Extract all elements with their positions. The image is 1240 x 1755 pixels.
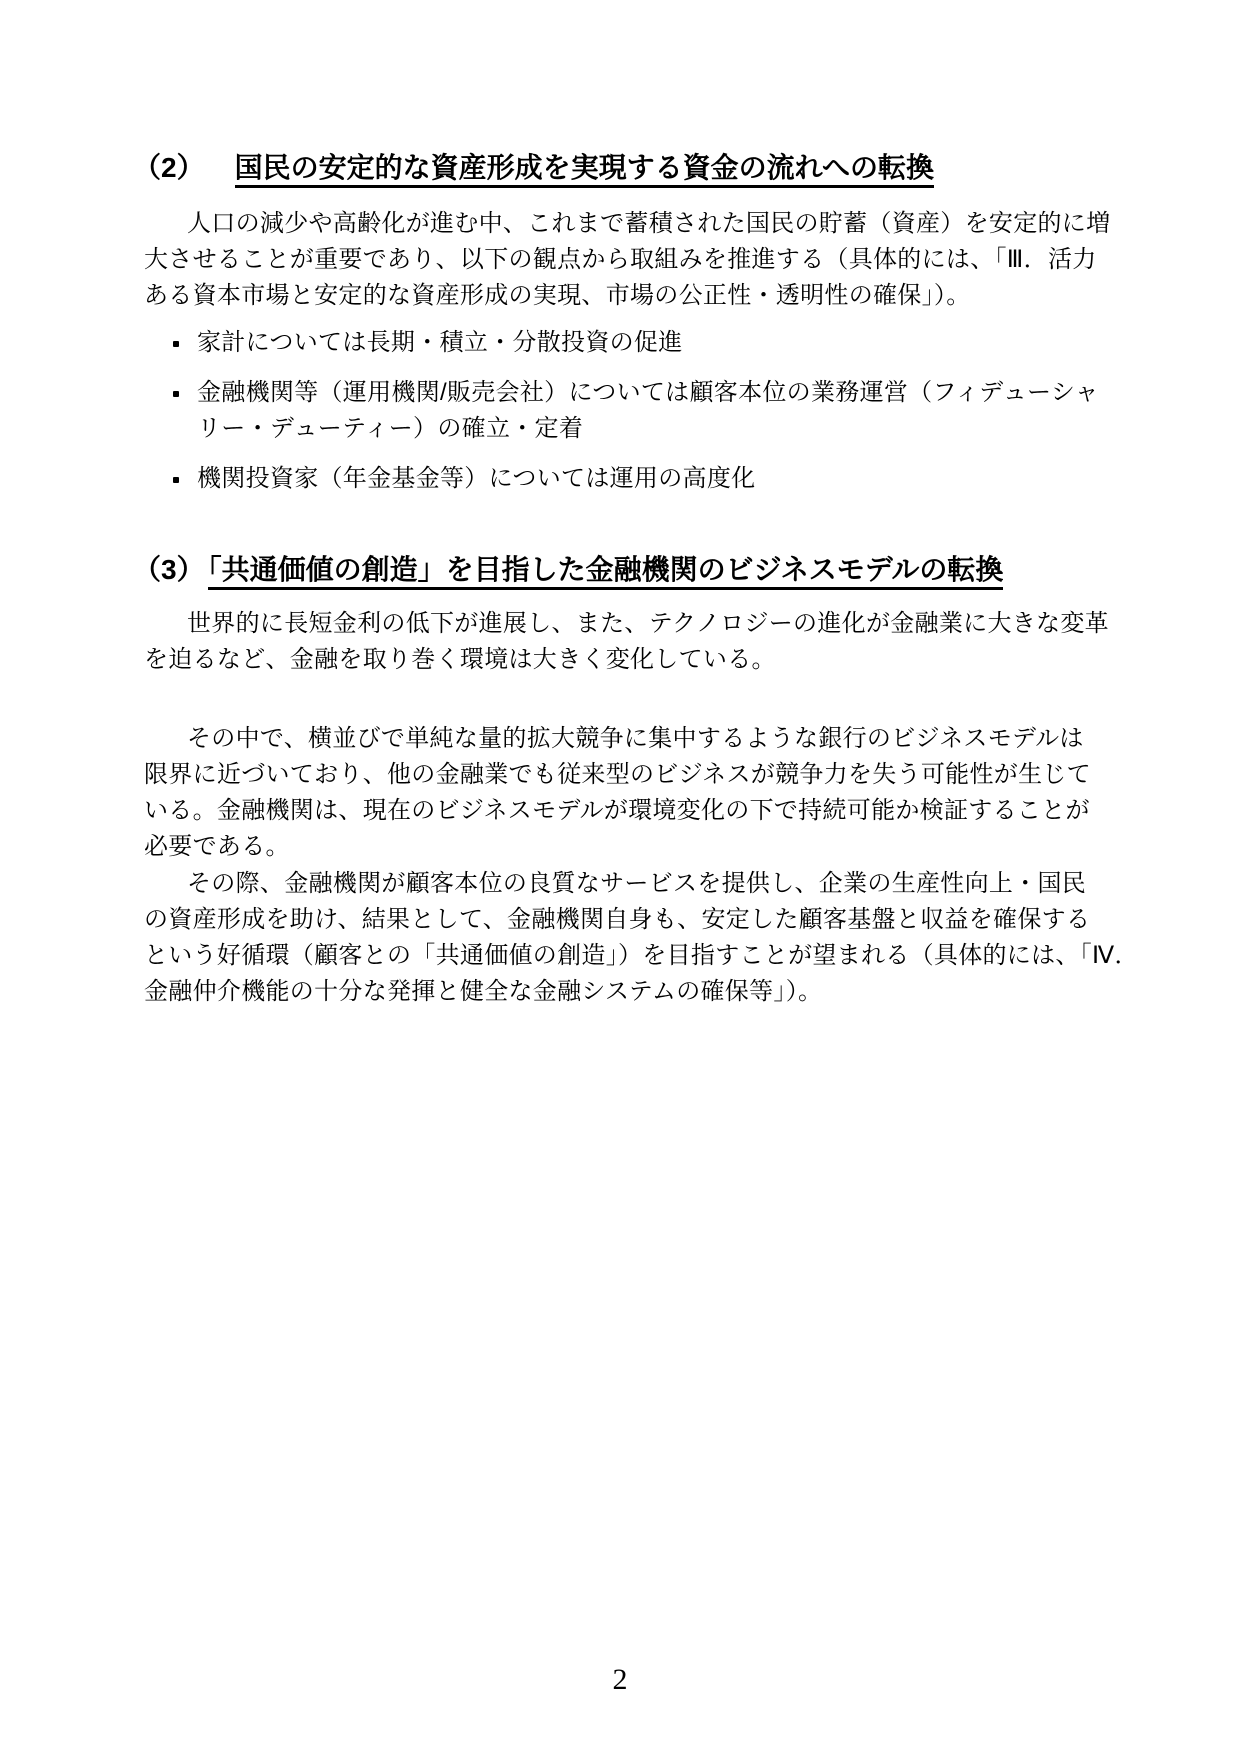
section-3-title: 「共通価値の創造」を目指した金融機関のビジネスモデルの転換 <box>208 554 1004 590</box>
section-2-label: （2） <box>133 152 205 183</box>
text-line: 大させることが重要であり、以下の観点から取組みを推進する（具体的には、「Ⅲ．活力 <box>144 242 1120 278</box>
text-line: その際、金融機関が顧客本位の良質なサービスを提供し、企業の生産性向上・国民 <box>144 866 1120 902</box>
section-2-paragraph: 人口の減少や高齢化が進む中、これまで蓄積された国民の貯蓄（資産）を安定的に増 大… <box>0 206 1240 314</box>
text-line: 家計については長期・積立・分散投資の促進 <box>197 325 1120 361</box>
text-line: を迫るなど、金融を取り巻く環境は大きく変化している。 <box>144 642 1120 678</box>
section-2: （2）国民の安定的な資産形成を実現する資金の流れへの転換 人口の減少や高齢化が進… <box>0 147 1240 497</box>
bullet-marker-icon <box>173 341 179 347</box>
bullet-item: 機関投資家（年金基金等）については運用の高度化 <box>144 461 1120 497</box>
text-line: 機関投資家（年金基金等）については運用の高度化 <box>197 461 1120 497</box>
section-2-bullet-list: 家計については長期・積立・分散投資の促進 金融機関等（運用機関/販売会社）につい… <box>0 325 1240 497</box>
text-line: 必要である。 <box>144 829 1120 865</box>
text-line: ある資本市場と安定的な資産形成の実現、市場の公正性・透明性の確保」）。 <box>144 278 1120 314</box>
text-line: 限界に近づいており、他の金融業でも従来型のビジネスが競争力を失う可能性が生じて <box>144 757 1120 793</box>
page-number: 2 <box>0 1664 1240 1696</box>
text-line: 人口の減少や高齢化が進む中、これまで蓄積された国民の貯蓄（資産）を安定的に増 <box>144 206 1120 242</box>
section-3-paragraph-2: その中で、横並びで単純な量的拡大競争に集中するような銀行のビジネスモデルは 限界… <box>0 721 1240 865</box>
section-3-paragraph-1: 世界的に長短金利の低下が進展し、また、テクノロジーの進化が金融業に大きな変革 を… <box>0 606 1240 678</box>
bullet-marker-icon <box>173 477 179 483</box>
section-3-paragraph-3: その際、金融機関が顧客本位の良質なサービスを提供し、企業の生産性向上・国民 の資… <box>0 866 1240 1010</box>
section-2-heading: （2）国民の安定的な資産形成を実現する資金の流れへの転換 <box>0 147 1240 189</box>
document-content: （2）国民の安定的な資産形成を実現する資金の流れへの転換 人口の減少や高齢化が進… <box>0 0 1240 1010</box>
text-line: 世界的に長短金利の低下が進展し、また、テクノロジーの進化が金融業に大きな変革 <box>144 606 1120 642</box>
text-line: という好循環（顧客との「共通価値の創造」）を目指すことが望まれる（具体的には、「… <box>144 938 1120 974</box>
bullet-marker-icon <box>173 391 179 397</box>
text-line: いる。金融機関は、現在のビジネスモデルが環境変化の下で持続可能か検証することが <box>144 793 1120 829</box>
text-line: 金融機関等（運用機関/販売会社）については顧客本位の業務運営（フィデューシャ <box>197 375 1120 411</box>
bullet-item: 家計については長期・積立・分散投資の促進 <box>144 325 1120 361</box>
text-line: その中で、横並びで単純な量的拡大競争に集中するような銀行のビジネスモデルは <box>144 721 1120 757</box>
text-line: 金融仲介機能の十分な発揮と健全な金融システムの確保等」）。 <box>144 974 1120 1010</box>
text-line: の資産形成を助け、結果として、金融機関自身も、安定した顧客基盤と収益を確保する <box>144 902 1120 938</box>
section-2-title: 国民の安定的な資産形成を実現する資金の流れへの転換 <box>235 152 934 188</box>
bullet-item: 金融機関等（運用機関/販売会社）については顧客本位の業務運営（フィデューシャ リ… <box>144 375 1120 447</box>
section-3-heading: （3）「共通価値の創造」を目指した金融機関のビジネスモデルの転換 <box>0 549 1240 591</box>
text-line: リー・デューティー）の確立・定着 <box>197 411 1120 447</box>
section-3-label: （3） <box>133 554 205 585</box>
document-page: （2）国民の安定的な資産形成を実現する資金の流れへの転換 人口の減少や高齢化が進… <box>0 0 1240 1755</box>
section-3: （3）「共通価値の創造」を目指した金融機関のビジネスモデルの転換 世界的に長短金… <box>0 549 1240 1010</box>
